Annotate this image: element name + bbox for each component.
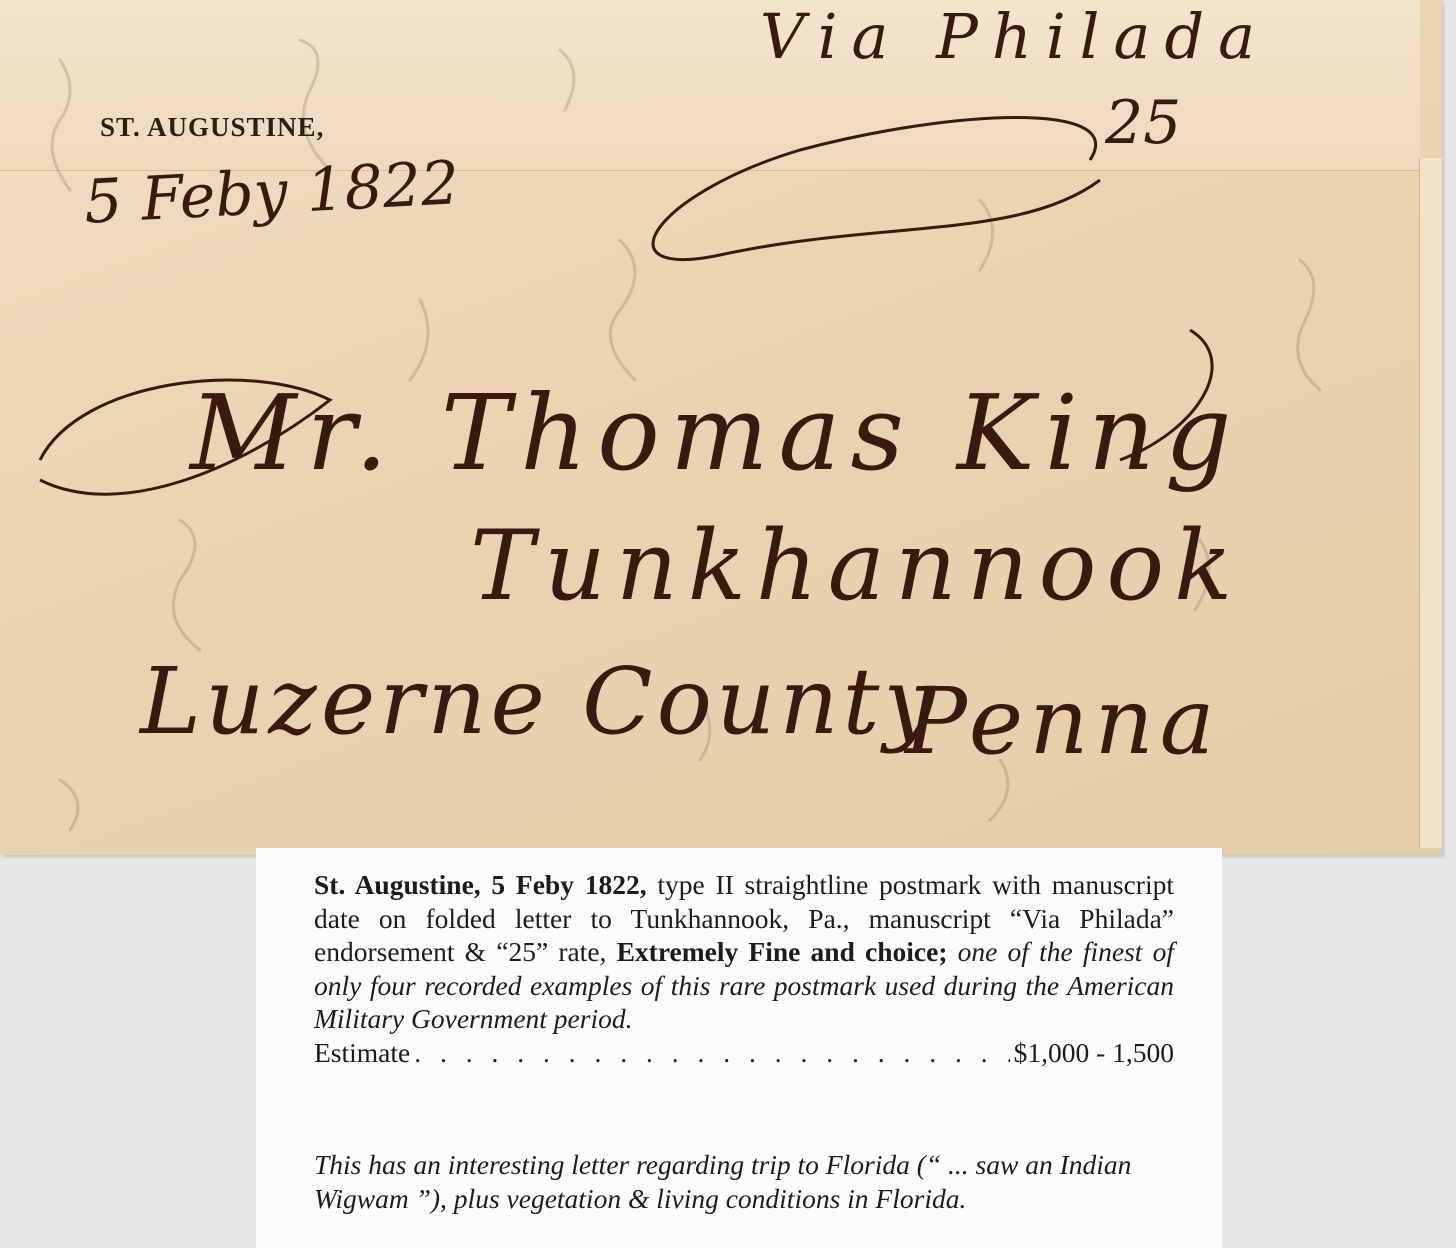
address-state: Penna	[905, 668, 1221, 775]
address-county: Luzerne County	[140, 648, 939, 755]
lot-description-text: St. Augustine, 5 Feby 1822, type II stra…	[314, 868, 1174, 1069]
letter-content-note: This has an interesting letter regarding…	[314, 1148, 1194, 1215]
estimate-value: $1,000 - 1,500	[1014, 1036, 1174, 1070]
straightline-postmark: ST. AUGUSTINE,	[100, 112, 324, 143]
estimate-label: Estimate	[314, 1036, 410, 1070]
postage-rate: 25	[1105, 88, 1181, 158]
estimate-leader-dots: . . . . . . . . . . . . . . . . . . . . …	[414, 1036, 1009, 1070]
addressee-name: Mr. Thomas King	[190, 372, 1241, 494]
folded-letter-cover: ST. AUGUSTINE, 5 Feby 1822 Via Philada 2…	[0, 0, 1442, 855]
auction-lot-description: St. Augustine, 5 Feby 1822, type II stra…	[256, 848, 1222, 1248]
via-endorsement: Via Philada	[760, 0, 1269, 73]
estimate-row: Estimate . . . . . . . . . . . . . . . .…	[314, 1036, 1174, 1070]
address-town: Tunkhannook	[470, 510, 1242, 622]
lot-grade: Extremely Fine and choice;	[617, 936, 948, 967]
lot-title: St. Augustine, 5 Feby 1822,	[314, 869, 647, 900]
